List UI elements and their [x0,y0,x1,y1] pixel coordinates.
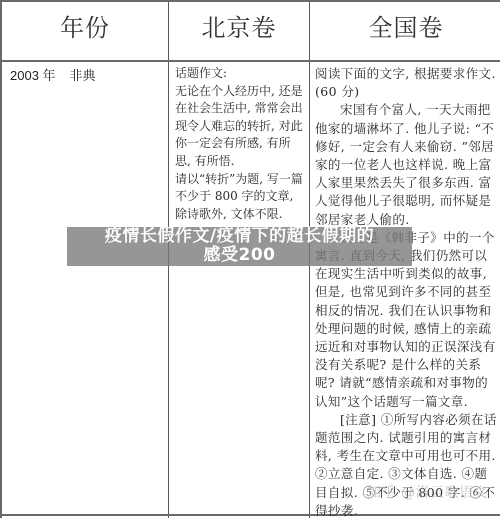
title-overlay-line2: 感受200 [67,246,412,265]
national-prompt-cell: 阅读下面的文字, 根据要求作文. (60 分) 宋国有个富人, 一天大雨把他家的… [315,65,497,518]
year-cell: 2003 年非典 [10,65,96,84]
national-prompt-story: 宋国有个富人, 一天大雨把他家的墙淋坏了. 他儿子说: “不修好, 一定会有人来… [315,101,497,228]
zhihu-watermark: 知乎 @洛云歌语文 [367,482,488,502]
year-theme: 非典 [70,69,96,84]
year-value: 2003 年 [10,68,56,83]
beijing-prompt-cell: 话题作文: 无论在个人经历中, 还是在社会生活中, 常常会出现令人难忘的转折, … [175,65,305,223]
title-overlay-text: 疫情长假作文/疫情下的超长假期的 感受200 [67,227,412,265]
header-national: 全国卷 [310,8,500,38]
beijing-prompt-requirement: 请以“转折”为题, 写一篇不少于 800 字的文章, 除诗歌外, 文体不限. [175,171,305,224]
header-year: 年份 [2,8,168,38]
beijing-prompt-body: 无论在个人经历中, 还是在社会生活中, 常常会出现令人难忘的转折, 对此你一定会… [175,83,305,171]
header-beijing: 北京卷 [169,8,309,38]
title-overlay-line1: 疫情长假作文/疫情下的超长假期的 [105,226,374,246]
header-divider [2,60,500,62]
beijing-prompt-type: 话题作文: [175,65,305,83]
national-prompt-instruction: 阅读下面的文字, 根据要求作文. (60 分) [315,65,497,101]
